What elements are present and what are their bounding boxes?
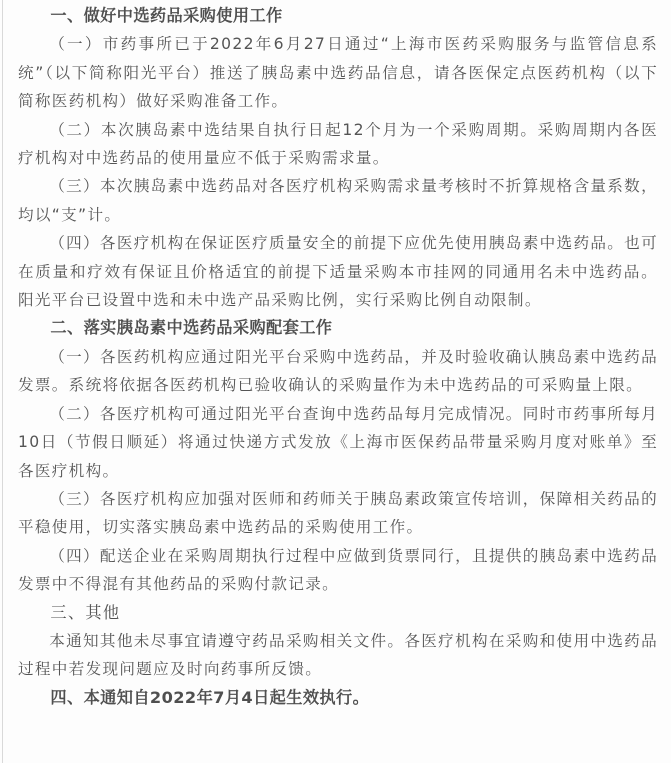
section-1-paragraph-1: （一）市药事所已于2022年6月27日通过“上海市医药采购服务与监管信息系统”（… — [18, 30, 658, 115]
section-3-paragraph-1: 本通知其他未尽事宜请遵守药品采购相关文件。各医疗机构在采购和使用中选药品过程中若… — [18, 627, 658, 684]
section-1-paragraph-4: （四）各医疗机构在保证医疗质量安全的前提下应优先使用胰岛素中选药品。也可在质量和… — [18, 229, 658, 314]
section-2-paragraph-1: （一）各医药机构应通过阳光平台采购中选药品，并及时验收确认胰岛素中选药品发票。系… — [18, 343, 658, 400]
section-heading-3: 三、其他 — [18, 599, 658, 627]
section-1-paragraph-3: （三）本次胰岛素中选药品对各医疗机构采购需求量考核时不折算规格含量系数，均以“支… — [18, 172, 658, 229]
section-2-paragraph-3: （三）各医疗机构应加强对医师和药师关于胰岛素政策宣传培训，保障相关药品的平稳使用… — [18, 485, 658, 542]
section-heading-2: 二、落实胰岛素中选药品采购配套工作 — [18, 314, 658, 342]
notice-article: 一、做好中选药品采购使用工作 （一）市药事所已于2022年6月27日通过“上海市… — [18, 2, 658, 712]
section-heading-1: 一、做好中选药品采购使用工作 — [18, 2, 658, 30]
section-2-paragraph-2: （二）各医疗机构可通过阳光平台查询中选药品每月完成情况。同时市药事所每月10日（… — [18, 400, 658, 485]
left-border-line — [2, 0, 3, 763]
section-1-paragraph-2: （二）本次胰岛素中选结果自执行日起12个月为一个采购周期。采购周期内各医疗机构对… — [18, 116, 658, 173]
section-heading-4: 四、本通知自2022年7月4日起生效执行。 — [18, 684, 658, 712]
section-2-paragraph-4: （四）配送企业在采购周期执行过程中应做到货票同行，且提供的胰岛素中选药品发票中不… — [18, 542, 658, 599]
